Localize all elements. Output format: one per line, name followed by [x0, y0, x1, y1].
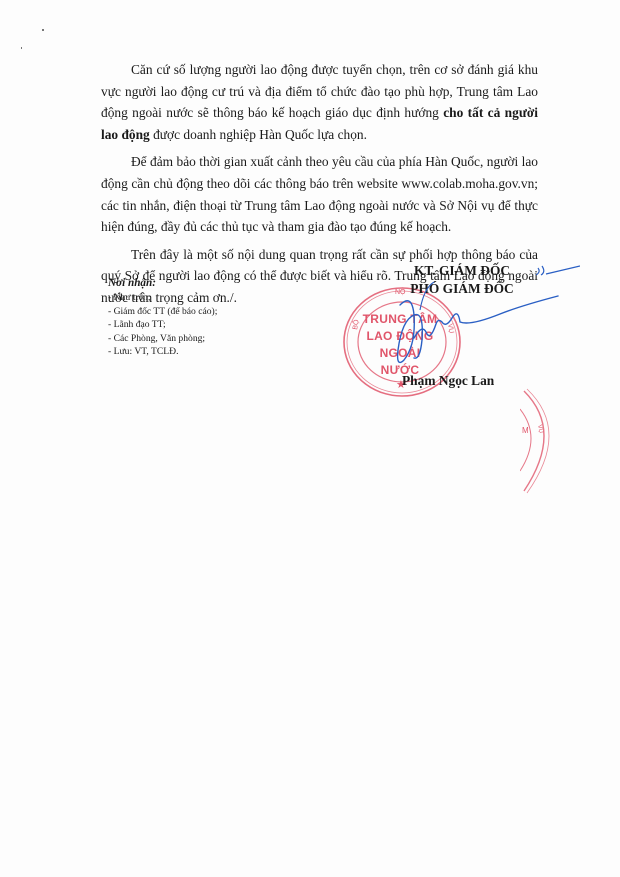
svg-text:VỤ: VỤ [446, 323, 455, 334]
recipient-item: - Lưu: VT, TCLĐ. [108, 345, 288, 358]
paragraph-1: Căn cứ số lượng người lao động được tuyể… [101, 59, 538, 145]
signature-title-line2: PHÓ GIÁM ĐỐC [372, 280, 552, 298]
scan-speck [21, 47, 22, 49]
svg-text:M: M [522, 426, 529, 435]
stamp-line: LAO ĐỘNG [360, 328, 440, 345]
stamp-line: TRUNG TÂM [360, 311, 440, 328]
signature-title-block: KT. GIÁM ĐỐC PHÓ GIÁM ĐỐC [372, 262, 552, 298]
document-page: Căn cứ số lượng người lao động được tuyể… [0, 0, 620, 877]
signature-title-line1: KT. GIÁM ĐỐC [372, 262, 552, 280]
recipients-heading: Nơi nhận: [108, 277, 288, 290]
recipient-item: - Như trên; [108, 291, 288, 304]
svg-text:VỤ: VỤ [536, 424, 543, 433]
recipient-item: - Giám đốc TT (để báo cáo); [108, 305, 288, 318]
paragraph-1-tail: được doanh nghiệp Hàn Quốc lựa chọn. [150, 127, 367, 142]
recipients-block: Nơi nhận: - Như trên; - Giám đốc TT (để … [108, 277, 288, 358]
recipient-item: - Lãnh đạo TT; [108, 318, 288, 331]
partial-stamp: M VỤ [520, 385, 570, 495]
signer-name: Phạm Ngọc Lan [402, 373, 494, 389]
paragraph-2: Để đảm bảo thời gian xuất cảnh theo yêu … [101, 151, 538, 237]
stamp-text: TRUNG TÂM LAO ĐỘNG NGOÀI NƯỚC [360, 311, 440, 379]
recipient-item: - Các Phòng, Văn phòng; [108, 332, 288, 345]
scan-speck [42, 29, 44, 31]
